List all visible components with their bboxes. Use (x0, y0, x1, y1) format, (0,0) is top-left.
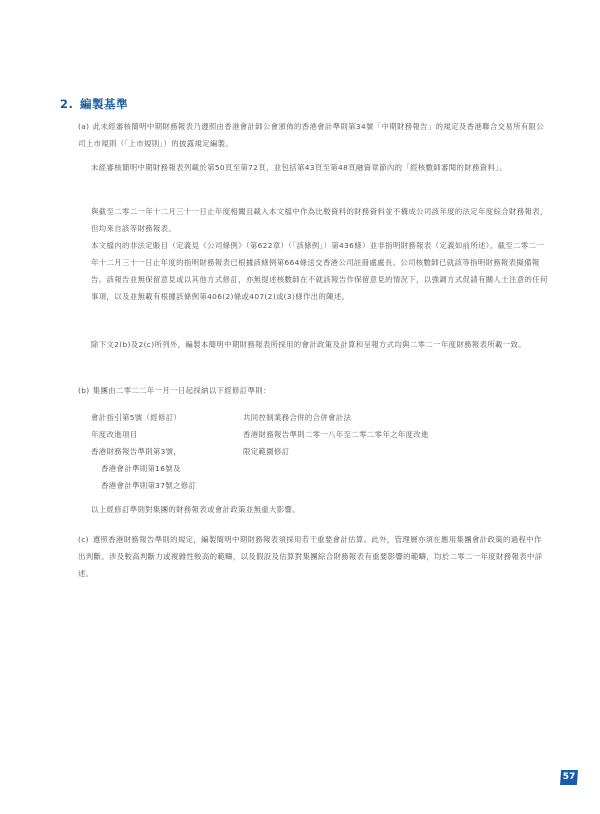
item-a-para5: 除下文2(b)及2(c)所列外，編製本簡明中期財務報表所採用的會計政策及計算和呈… (91, 336, 549, 353)
standard-description: 香港財務報告準則二零一八年至二零二零年之年度改進 (243, 427, 429, 443)
section-number: 2. (60, 97, 80, 111)
item-a-para2: 未經審核簡明中期財務報表列載於第50頁至第72頁，並包括第43頁至第48頁融資章… (91, 159, 549, 176)
item-c: (c) 遵照香港財務報告準則的規定，編製簡明中期財務報表須採用若干重要會計估算。… (78, 531, 548, 582)
item-a-para3: 與截至二零二一年十二月三十一日止年度相關且載入本文檔中作為比較資料的財務資料並不… (91, 203, 549, 237)
standard-description: 共同控制業務合併的合併會計法 (243, 410, 351, 426)
standard-name: 年度改進項目 (91, 427, 137, 443)
item-b-label: (b) (78, 382, 90, 399)
section-heading: 2.編製基準 (60, 96, 128, 112)
item-a-label: (a) (78, 118, 90, 135)
standard-description: 限定範圍修訂 (243, 444, 289, 460)
item-a-para1: (a) 此未經審核簡明中期財務報表乃遵照由香港會計師公會頒佈的香港會計準則第34… (78, 118, 548, 152)
page-number: 57 (560, 770, 578, 785)
standard-name: 香港會計準則第37號之修訂 (101, 478, 196, 494)
standard-name: 會計指引第5號（經修訂） (91, 410, 181, 426)
standard-name: 香港會計準則第16號及 (101, 461, 181, 477)
item-b-conclusion: 以上經修訂準則對集團的財務報表或會計政策並無重大影響。 (91, 501, 549, 518)
item-b-intro: (b) 集團由二零二二年一月一日起採納以下經修訂準則： (78, 382, 548, 399)
item-c-label: (c) (78, 531, 90, 548)
standard-name: 香港財務報告準則第3號， (91, 444, 181, 460)
item-a-para4: 本文檔內的非法定賬目（定義見《公司條例》（第622章）（「該條例」）第436條）… (91, 237, 549, 305)
section-title: 編製基準 (80, 97, 128, 111)
